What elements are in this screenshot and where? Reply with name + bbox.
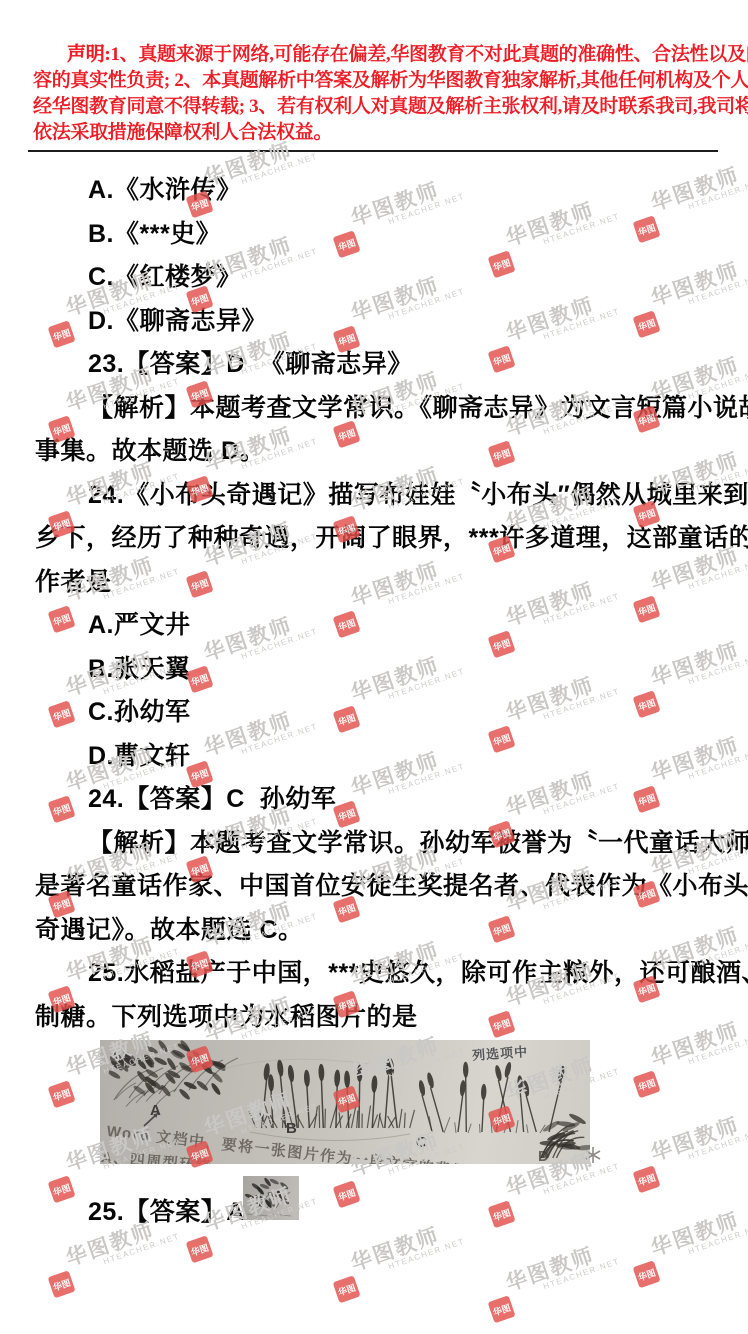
watermark-text: 华图教师 [200, 704, 297, 762]
watermark-text: 华图教师 [347, 1219, 444, 1277]
q24-stem-line: 作者是 [35, 562, 112, 592]
watermark-text: 华图教师 [502, 764, 599, 822]
watermark-text: 华图教师 [347, 649, 444, 707]
watermark-subtext: HTEACHER.NET [387, 572, 466, 607]
huatu-watermark: 华图华图教师HTEACHER.NET [620, 142, 748, 246]
watermark-text: 华图教师 [647, 634, 744, 692]
q25-stem-line: 制糖。下列选项中为水稻图片的是 [35, 997, 418, 1027]
horizontal-divider [28, 150, 718, 152]
photo-label-c: C [416, 1134, 427, 1151]
huatu-watermark: 华图华图教师HTEACHER.NET [320, 1202, 481, 1306]
watermark-subtext: HTEACHER.NET [387, 287, 466, 322]
watermark-text: 华图教师 [647, 254, 744, 312]
watermark-subtext: HTEACHER.NET [687, 652, 748, 687]
q24-stem-line: 乡下，经历了种种奇遇，开阔了眼界，***许多道理，这部童话的 [35, 518, 748, 548]
huatu-logo-icon: 华图 [488, 725, 516, 753]
huatu-watermark: 华图华图教师HTEACHER.NET [320, 727, 481, 831]
huatu-watermark: 华图华图教师HTEACHER.NET [173, 592, 334, 696]
q24-option-b: B.张天翼 [88, 649, 191, 679]
q25-answer-image-thumbnail [243, 1176, 299, 1220]
huatu-watermark: 华图华图教师HTEACHER.NET [320, 252, 481, 356]
watermark-subtext: HTEACHER.NET [687, 177, 748, 212]
huatu-logo-icon: 华图 [633, 1165, 661, 1193]
q24-analysis-line: 【解析】本题考查文学常识。孙幼军被誉为〝一代童话大师″, [88, 823, 748, 853]
huatu-logo-icon: 华图 [48, 700, 76, 728]
photo-label-d: D [538, 1148, 549, 1164]
watermark-subtext: HTEACHER.NET [387, 667, 466, 702]
huatu-watermark: 华图华图教师HTEACHER.NET [475, 272, 636, 376]
huatu-watermark: 华图华图教师HTEACHER.NET [320, 157, 481, 261]
huatu-logo-icon: 华图 [48, 605, 76, 633]
watermark-text: 华图教师 [347, 744, 444, 802]
huatu-logo-icon: 华图 [48, 1175, 76, 1203]
huatu-logo-icon: 华图 [488, 440, 516, 468]
document-page: 声明:1、真题来源于网络,可能存在偏差,华图教育不对此真题的准确性、合法性以及内… [0, 0, 748, 1334]
huatu-logo-icon: 华图 [333, 705, 361, 733]
huatu-watermark: 华图华图教师HTEACHER.NET [320, 632, 481, 736]
q23-answer-line: 23.【答案】D 《聊斋志异》 [88, 344, 413, 374]
watermark-subtext: HTEACHER.NET [542, 687, 621, 722]
huatu-logo-icon: 华图 [488, 1010, 516, 1038]
huatu-logo-icon: 华图 [333, 1180, 361, 1208]
huatu-logo-icon: 华图 [488, 1200, 516, 1228]
watermark-subtext: HTEACHER.NET [542, 307, 621, 342]
watermark-subtext: HTEACHER.NET [240, 152, 319, 187]
answer-plant-thumbnail-image [243, 1176, 299, 1220]
q24-answer-line: 24.【答案】C 孙幼军 [88, 779, 336, 809]
watermark-subtext: HTEACHER.NET [102, 567, 181, 602]
huatu-logo-icon: 华图 [48, 795, 76, 823]
q24-analysis-line: 是著名童话作家、中国首位安徒生奖提名者、代表作为《小布头 [35, 866, 748, 896]
watermark-text: 华图教师 [647, 1014, 744, 1072]
q23-option-c: C.《红楼梦》 [88, 257, 242, 287]
q24-analysis-line: 奇遇记》。故本题选 C。 [35, 910, 304, 940]
huatu-logo-icon: 华图 [333, 610, 361, 638]
huatu-watermark: 华图华图教师HTEACHER.NET [620, 1092, 748, 1196]
huatu-watermark: 华图华图教师HTEACHER.NET [620, 237, 748, 341]
asterisk-mark-icon [584, 1146, 602, 1164]
watermark-text: 华图教师 [647, 159, 744, 217]
huatu-watermark: 华图华图教师HTEACHER.NET [620, 1187, 748, 1291]
disclaimer-line: 声明:1、真题来源于网络,可能存在偏差,华图教育不对此真题的准确性、合法性以及内 [33, 42, 723, 68]
watermark-text: 华图教师 [347, 554, 444, 612]
huatu-watermark: 华图华图教师HTEACHER.NET [320, 537, 481, 641]
q24-option-a: A.严文井 [88, 605, 191, 635]
disclaimer-line-text: 1、真题来源于网络,可能存在偏差,华图教育不对此真题的准确性、合法性以及内 [110, 44, 748, 65]
disclaimer-label: 声明: [67, 44, 110, 65]
watermark-subtext: HTEACHER.NET [387, 192, 466, 227]
photo-label-b: B [286, 1120, 297, 1137]
huatu-logo-icon: 华图 [633, 690, 661, 718]
watermark-subtext: HTEACHER.NET [240, 627, 319, 662]
huatu-logo-icon: 华图 [333, 1275, 361, 1303]
photo-corner-text: 列选项中 [471, 1041, 528, 1064]
watermark-text: 华图教师 [502, 669, 599, 727]
q24-stem-line: 24.《小布头奇遇记》描写布娃娃〝小布头″偶然从城里来到 [88, 475, 748, 505]
q23-option-b: B.《***史》 [88, 214, 221, 244]
watermark-text: 华图教师 [647, 1204, 744, 1262]
huatu-watermark: 华图华图教师HTEACHER.NET [620, 712, 748, 816]
disclaimer-block: 声明:1、真题来源于网络,可能存在偏差,华图教育不对此真题的准确性、合法性以及内… [33, 42, 723, 146]
watermark-subtext: HTEACHER.NET [542, 212, 621, 247]
huatu-logo-icon: 华图 [488, 1295, 516, 1323]
huatu-logo-icon: 华图 [633, 1070, 661, 1098]
q24-option-d: D.曹文轩 [88, 736, 191, 766]
watermark-subtext: HTEACHER.NET [542, 592, 621, 627]
watermark-subtext: HTEACHER.NET [102, 1232, 181, 1267]
photo-label-a: A [150, 1102, 161, 1119]
huatu-logo-icon: 华图 [333, 420, 361, 448]
huatu-logo-icon: 华图 [48, 320, 76, 348]
huatu-watermark: 华图华图教师HTEACHER.NET [620, 617, 748, 721]
huatu-watermark: 华图华图教师HTEACHER.NET [475, 557, 636, 661]
watermark-subtext: HTEACHER.NET [387, 762, 466, 797]
huatu-logo-icon: 华图 [48, 1080, 76, 1108]
watermark-text: 华图教师 [200, 609, 297, 667]
watermark-subtext: HTEACHER.NET [687, 1032, 748, 1067]
q24-option-c: C.孙幼军 [88, 692, 191, 722]
watermark-subtext: HTEACHER.NET [687, 1127, 748, 1162]
huatu-logo-icon: 华图 [633, 595, 661, 623]
huatu-logo-icon: 华图 [633, 785, 661, 813]
huatu-logo-icon: 华图 [488, 250, 516, 278]
huatu-logo-icon: 华图 [186, 1235, 214, 1263]
disclaimer-line: 容的真实性负责; 2、本真题解析中答案及解析为华图教育独家解析,其他任何机构及个… [33, 68, 723, 94]
watermark-text: 华图教师 [502, 289, 599, 347]
watermark-subtext: HTEACHER.NET [387, 1237, 466, 1272]
q25-answer-line: 25.【答案】A [88, 1192, 245, 1222]
watermark-subtext: HTEACHER.NET [542, 782, 621, 817]
huatu-logo-icon: 华图 [633, 310, 661, 338]
watermark-subtext: HTEACHER.NET [240, 722, 319, 757]
huatu-watermark: 华图华图教师HTEACHER.NET [475, 652, 636, 756]
watermark-subtext: HTEACHER.NET [542, 1162, 621, 1197]
huatu-watermark: 华图华图教师HTEACHER.NET [475, 177, 636, 281]
disclaimer-line: 依法采取措施保障权利人合法权益。 [33, 120, 723, 146]
watermark-text: 华图教师 [502, 194, 599, 252]
q23-analysis-line: 事集。故本题选 D。 [35, 431, 265, 461]
watermark-subtext: HTEACHER.NET [687, 272, 748, 307]
huatu-logo-icon: 华图 [633, 1260, 661, 1288]
watermark-subtext: HTEACHER.NET [687, 557, 748, 592]
q23-analysis-line: 【解析】本题考查文学常识。《聊斋志异》为文言短篇小说故 [88, 388, 748, 418]
huatu-logo-icon: 华图 [488, 630, 516, 658]
watermark-text: 华图教师 [347, 174, 444, 232]
q23-option-d: D.《聊斋志异》 [88, 301, 267, 331]
watermark-text: 华图教师 [647, 1109, 744, 1167]
watermark-subtext: HTEACHER.NET [240, 247, 319, 282]
huatu-logo-icon: 华图 [488, 915, 516, 943]
watermark-subtext: HTEACHER.NET [542, 1257, 621, 1292]
huatu-logo-icon: 华图 [488, 345, 516, 373]
watermark-subtext: HTEACHER.NET [687, 747, 748, 782]
watermark-text: 华图教师 [647, 729, 744, 787]
q23-option-a: A.《水浒传》 [88, 170, 242, 200]
huatu-watermark: 华图华图教师HTEACHER.NET [475, 1222, 636, 1326]
huatu-watermark: 华图华图教师HTEACHER.NET [620, 997, 748, 1101]
watermark-text: 华图教师 [502, 574, 599, 632]
q25-stem-line: 25.水稻盐产于中国，***史悠久，除可作主粮外，还可酿酒、 [88, 953, 748, 983]
huatu-watermark: 华图华图教师HTEACHER.NET [173, 687, 334, 791]
huatu-logo-icon: 华图 [48, 1270, 76, 1298]
disclaimer-line: 经华图教育同意不得转载; 3、若有权利人对真题及解析主张权利,请及时联系我司,我… [33, 94, 723, 120]
watermark-text: 华图教师 [502, 1239, 599, 1297]
watermark-text: 华图教师 [347, 269, 444, 327]
q25-options-photo: A B C D Word 文档中，要将一张图片作为一段文字的背景 A、四周型环绕… [100, 1040, 590, 1164]
huatu-logo-icon: 华图 [333, 230, 361, 258]
watermark-subtext: HTEACHER.NET [687, 1222, 748, 1257]
huatu-logo-icon: 华图 [186, 570, 214, 598]
huatu-logo-icon: 华图 [633, 215, 661, 243]
